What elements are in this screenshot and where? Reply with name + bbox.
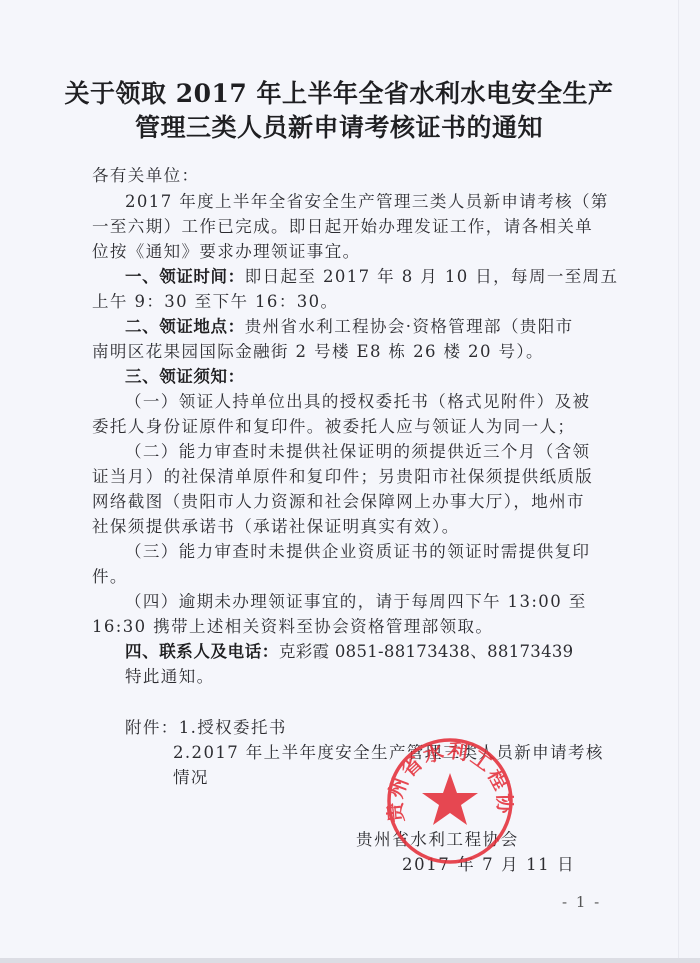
document-title-line-1: 关于领取 2017 年上半年全省水利水电安全生产 bbox=[0, 74, 678, 110]
section-3-heading-text: 三、领证须知： bbox=[125, 367, 245, 386]
section-4-heading: 四、联系人及电话： bbox=[125, 642, 279, 661]
intro-line-2: 一至六期）工作已完成。即日起开始办理发证工作，请各相关单 bbox=[92, 215, 608, 239]
notice-item-1-line-2: 委托人身份证原件和复印件。被委托人应与领证人为同一人； bbox=[92, 415, 608, 439]
section-4: 四、联系人及电话：克彩霞 0851-88173438、88173439 bbox=[125, 640, 641, 664]
notice-item-2-line-1: （二）能力审查时未提供社保证明的须提供近三个月（含领 bbox=[125, 440, 641, 464]
attachment-1: 1.授权委托书 bbox=[179, 718, 287, 737]
section-1-text: 即日起至 2017 年 8 月 10 日，每周一至周五 bbox=[245, 267, 619, 286]
notice-item-1-line-1: （一）领证人持单位出具的授权委托书（格式见附件）及被 bbox=[125, 390, 641, 414]
notice-item-3-line-2: 件。 bbox=[92, 565, 608, 589]
page-edge bbox=[0, 958, 700, 963]
notice-item-2-line-3: 网络截图（贵阳市人力资源和社会保障网上办事大厅），地州市 bbox=[92, 490, 608, 514]
page-number: - 1 - bbox=[562, 893, 601, 911]
section-1-heading: 一、领证时间： bbox=[125, 267, 245, 286]
notice-item-2-line-4: 社保须提供承诺书（承诺社保证明真实有效）。 bbox=[92, 515, 608, 539]
salutation: 各有关单位： bbox=[92, 164, 608, 188]
intro-line-1: 2017 年度上半年全省安全生产管理三类人员新申请考核（第 bbox=[125, 190, 641, 214]
contact-info: 克彩霞 0851-88173438、88173439 bbox=[279, 642, 574, 661]
section-2-line-2: 南明区花果园国际金融街 2 号楼 E8 栋 26 楼 20 号）。 bbox=[92, 340, 608, 364]
notice-item-4-line-1: （四）逾期未办理领证事宜的，请于每周四下午 13:00 至 bbox=[125, 590, 641, 614]
attachments-label: 附件： bbox=[125, 718, 179, 737]
section-2: 二、领证地点：贵州省水利工程协会·资格管理部（贵阳市 bbox=[125, 315, 641, 339]
attachments-line-1: 附件：1.授权委托书 bbox=[125, 716, 641, 740]
section-1: 一、领证时间：即日起至 2017 年 8 月 10 日，每周一至周五 bbox=[125, 265, 641, 289]
notice-item-3-line-1: （三）能力审查时未提供企业资质证书的领证时需提供复印 bbox=[125, 540, 641, 564]
document-title-line-2: 管理三类人员新申请考核证书的通知 bbox=[0, 108, 678, 144]
notice-item-4-line-2: 16:30 携带上述相关资料至协会资格管理部领取。 bbox=[92, 615, 608, 639]
section-1-line-2: 上午 9：30 至下午 16：30。 bbox=[92, 290, 608, 314]
closing: 特此通知。 bbox=[125, 665, 641, 689]
official-seal-icon: 贵州省水利工程协会 bbox=[386, 737, 514, 865]
section-2-text: 贵州省水利工程协会·资格管理部（贵阳市 bbox=[245, 317, 574, 336]
section-3-heading: 三、领证须知： bbox=[125, 365, 641, 389]
notice-item-2-line-2: 证当月）的社保清单原件和复印件；另贵阳市社保须提供纸质版 bbox=[92, 465, 608, 489]
section-2-heading: 二、领证地点： bbox=[125, 317, 245, 336]
intro-line-3: 位按《通知》要求办理领证事宜。 bbox=[92, 240, 608, 264]
